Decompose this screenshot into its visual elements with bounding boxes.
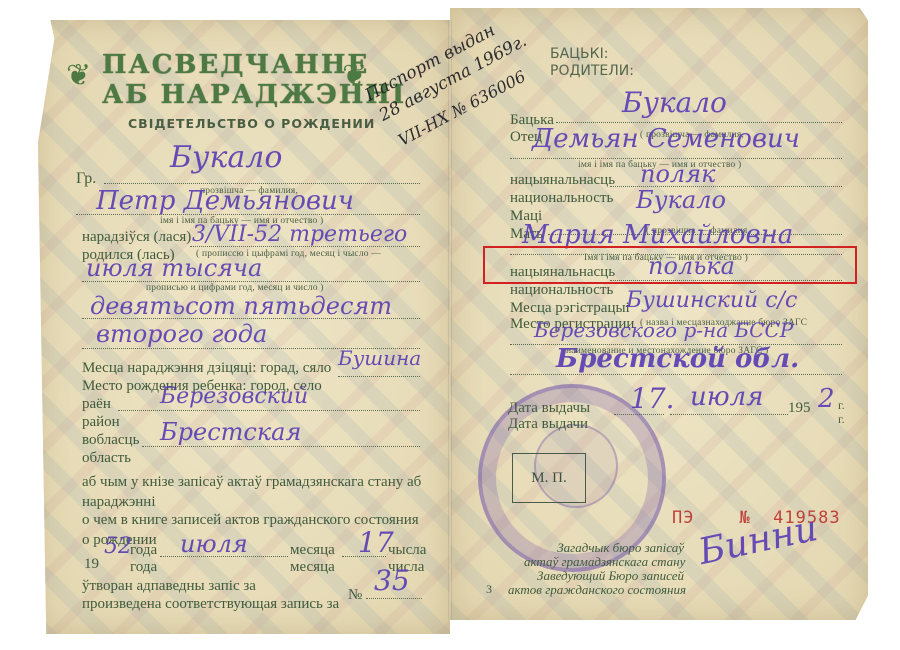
oblast-value: Брестская	[160, 418, 301, 446]
father-surname-value: Букало	[622, 86, 727, 119]
page-number: 3	[486, 582, 492, 597]
birth-date-words-1: июля тысяча	[86, 254, 262, 282]
year-prefix: 19	[84, 556, 99, 573]
father-surname-line	[556, 122, 842, 123]
head-title-ru-2: актов гражданского состояния	[508, 582, 684, 598]
birth-date-value: 3/VII-52 третьего	[192, 222, 407, 247]
record-month-value: июля	[180, 530, 248, 558]
ornament-left-icon: ❦	[66, 58, 91, 93]
oblast-label-ru: область	[82, 450, 131, 467]
mother-nationality-label-ru: национальность	[510, 282, 613, 299]
issue-month-value: июля	[690, 382, 763, 412]
father-nationality-label-ru: национальность	[510, 190, 613, 207]
title-by-line1: ПАСВЕДЧАННЕ	[102, 50, 369, 80]
record-number-value: 35	[374, 564, 410, 597]
year-label-ru: года	[130, 559, 157, 576]
birth-date-line	[190, 246, 420, 247]
registration-label-by: Месца рэгістрацыі	[510, 300, 630, 317]
day-label-by: чысла	[388, 542, 426, 559]
birthplace-line	[338, 376, 420, 377]
month-line	[160, 556, 288, 557]
issue-year-value: 2	[818, 384, 835, 414]
seal-place-box: М. П.	[512, 453, 586, 503]
mother-surname-value: Букало	[636, 186, 726, 214]
born-label-by: нарадзіўся (лася)	[82, 229, 191, 246]
birth-words-line-2	[82, 318, 420, 319]
title-ru: СВІДЕТЕЛЬСТВО О РОЖДЕНИИ	[128, 116, 375, 131]
father-nationality-value: поляк	[640, 160, 715, 188]
birth-words-line-1	[82, 281, 420, 282]
serial-series: ПЭ	[672, 508, 694, 528]
oblast-line	[142, 446, 420, 447]
child-name-value: Петр Демьянович	[96, 186, 354, 216]
issue-month-line	[670, 414, 788, 415]
record-year-value: 52	[104, 534, 132, 559]
father-nationality-label-by: нацыянальнасць	[510, 172, 615, 189]
registration-value-2: Березовского р-на БССР	[534, 318, 793, 342]
record-label-by: ўтворан адпаведны запіс за	[82, 578, 256, 595]
record-number-line	[366, 598, 422, 599]
oblast-label-by: вобласць	[82, 432, 139, 449]
birthplace-label-by: Месца нараджэння дзіцяці: горад, сяло	[82, 360, 331, 377]
birth-date-words-2: девятьсот пятьдесят	[90, 292, 392, 320]
raion-value: Березовский	[160, 384, 308, 409]
record-label-ru: произведена соответствующая запись за	[82, 596, 339, 613]
surname-line	[104, 183, 420, 184]
parents-label-by: БАЦЬКІ:	[550, 46, 608, 62]
issue-date-label-by: Дата выдачы	[508, 400, 590, 417]
year-label-by: года	[130, 542, 157, 559]
raion-label-by: раён	[82, 396, 111, 413]
raion-line	[118, 410, 420, 411]
month-label-ru: месяца	[290, 559, 335, 576]
issue-day-value: 17.	[630, 382, 675, 415]
issue-day-line	[614, 414, 664, 415]
father-name-value: Демьян Семенович	[532, 124, 800, 154]
birthplace-value: Бушина	[338, 346, 421, 370]
issue-year-suffix-by: г.	[838, 398, 845, 413]
registration-value-3: Брестской обл.	[556, 344, 799, 374]
child-surname-value: Букало	[170, 140, 282, 175]
gr-label: Гр.	[76, 170, 96, 188]
parents-label-ru: РОДИТЕЛИ:	[550, 63, 634, 79]
issue-date-label-ru: Дата выдачи	[508, 416, 588, 433]
name-line	[76, 214, 420, 215]
record-number-label: №	[348, 587, 362, 604]
raion-label-ru: район	[82, 414, 120, 431]
registration-value-1: Бушинский с/с	[626, 288, 797, 313]
issue-year-prefix: 195	[788, 400, 811, 417]
father-name-line	[510, 158, 842, 159]
day-line	[342, 556, 386, 557]
highlight-box-mother-nationality	[483, 246, 857, 284]
month-label-by: месяца	[290, 542, 335, 559]
book-record-text-by: аб чым у кнізе запісаў актаў грамадзянск…	[82, 472, 422, 512]
registration-line-2	[510, 374, 842, 375]
issue-year-suffix-ru: г.	[838, 412, 845, 427]
birth-date-words-3: второго года	[96, 320, 267, 348]
